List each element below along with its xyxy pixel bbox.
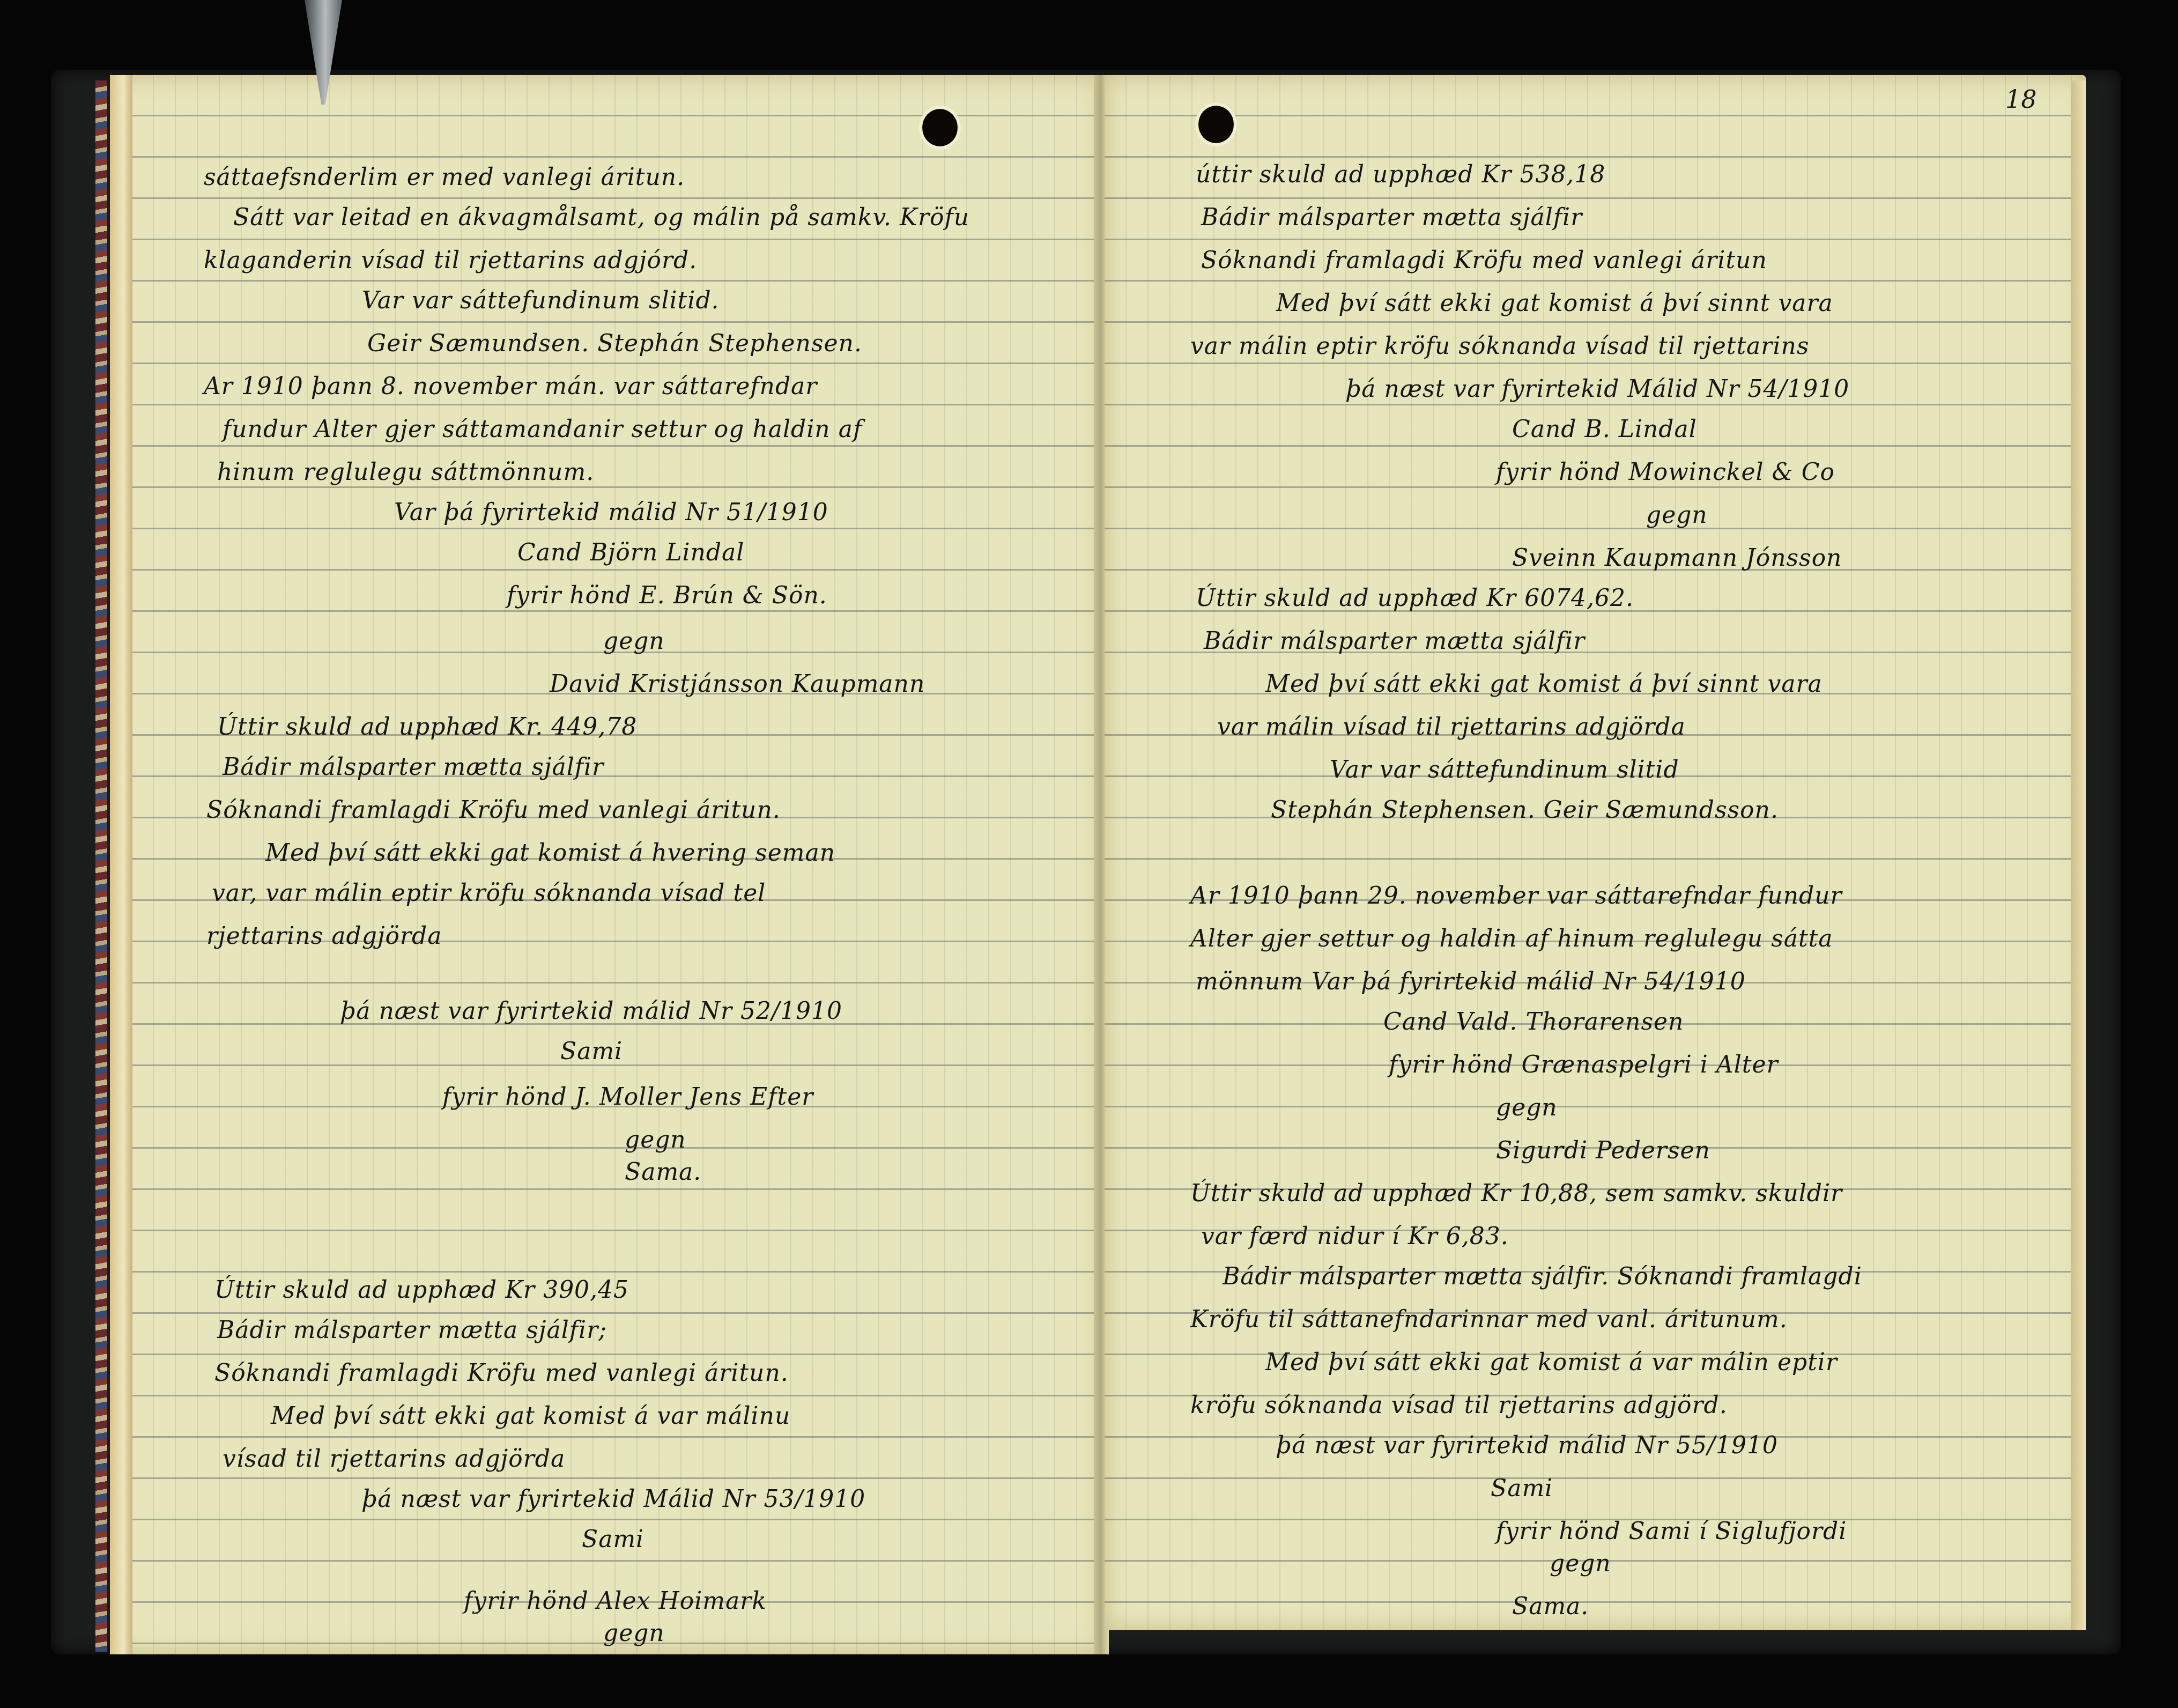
handwritten-line: Stephán Stephensen. Geir Sæmundsson.	[1271, 796, 1779, 824]
handwritten-line: Kröfu til sáttanefndarinnar med vanl. ár…	[1190, 1306, 1788, 1333]
handwritten-line: David Kristjánsson Kaupmann	[550, 670, 925, 698]
punch-hole	[922, 109, 958, 146]
handwritten-line: var málin eptir kröfu sóknanda vísad til…	[1190, 332, 1809, 360]
handwritten-line: Ar 1910 þann 8. november mán. var sáttar…	[204, 373, 817, 400]
left-page: sáttaefsnderlim er med vanlegi áritun.Sá…	[110, 75, 1102, 1654]
handwritten-line: Sigurdi Pedersen	[1496, 1137, 1710, 1164]
handwritten-line: fyrir hönd Grænaspelgri i Alter	[1389, 1051, 1778, 1078]
marbled-page-edge	[95, 80, 107, 1652]
handwritten-line: Var var sáttefundinum slitid	[1330, 756, 1679, 783]
page-number: 18	[2005, 85, 2037, 114]
left-page-stack-edge	[110, 75, 132, 1654]
handwritten-line: úttir skuld ad upphæd Kr 538,18	[1196, 161, 1605, 188]
handwritten-line: Var þá fyrirtekid málid Nr 51/1910	[394, 499, 828, 526]
handwritten-line: Úttir skuld ad upphæd Kr 390,45	[214, 1276, 629, 1304]
handwritten-line: Bádir málsparter mætta sjálfir;	[217, 1317, 607, 1344]
handwritten-line: Med því sátt ekki gat komist á því sinnt…	[1265, 670, 1823, 698]
handwritten-line: Cand B. Lindal	[1512, 416, 1697, 443]
handwritten-line: Bádir málsparter mætta sjálfir	[1204, 627, 1585, 655]
handwritten-line: gegn	[1646, 501, 1708, 529]
punch-hole	[1198, 106, 1234, 143]
handwritten-line: Cand Vald. Thorarensen	[1383, 1008, 1684, 1036]
handwritten-line: gegn	[1496, 1094, 1558, 1121]
handwritten-line: fyrir hönd Sami í Siglufjordi	[1496, 1518, 1847, 1545]
handwritten-line: Ar 1910 þann 29. november var sáttarefnd…	[1190, 882, 1842, 910]
handwritten-line: Sami	[1491, 1475, 1553, 1502]
handwritten-line: Var var sáttefundinum slitid.	[362, 287, 720, 314]
left-page-text: sáttaefsnderlim er med vanlegi áritun.Sá…	[110, 75, 1102, 1654]
handwritten-line: Sama.	[625, 1158, 701, 1186]
handwritten-line: var, var málin eptir kröfu sóknanda vísa…	[212, 879, 766, 907]
handwritten-line: Med því sátt ekki gat komist á var málin…	[1265, 1349, 1838, 1376]
handwritten-line: sáttaefsnderlim er med vanlegi áritun.	[204, 164, 685, 191]
handwritten-line: gegn	[1550, 1550, 1611, 1577]
handwritten-line: kröfu sóknanda vísad til rjettarins adgj…	[1190, 1392, 1728, 1419]
handwritten-line: hinum reglulegu sáttmönnum.	[217, 459, 594, 486]
right-page-stack-edge	[2071, 80, 2086, 1630]
handwritten-line: klaganderin vísad til rjettarins adgjórd…	[204, 247, 697, 274]
right-page: úttir skuld ad upphæd Kr 538,18Bádir mál…	[1105, 75, 2086, 1630]
handwritten-line: þá næst var fyrirtekid málid Nr 55/1910	[1276, 1432, 1778, 1459]
handwritten-line: Bádir málsparter mætta sjálfir. Sóknandi…	[1223, 1263, 1862, 1290]
handwritten-line: Sóknandi framlagdi Kröfu med vanlegi ári…	[1201, 247, 1767, 274]
right-page-text: úttir skuld ad upphæd Kr 538,18Bádir mál…	[1105, 75, 2086, 1630]
handwritten-line: Sóknandi framlagdi Kröfu med vanlegi ári…	[214, 1359, 789, 1387]
handwritten-line: fyrir hönd J. Moller Jens Efter	[442, 1083, 813, 1111]
handwritten-line: fyrir hönd Mowinckel & Co	[1496, 459, 1835, 486]
handwritten-line: Sóknandi framlagdi Kröfu med vanlegi ári…	[206, 796, 781, 824]
handwritten-line: Sátt var leitad en ákvagmålsamt, og máli…	[233, 204, 969, 231]
handwritten-line: gegn	[603, 627, 665, 655]
handwritten-line: þá næst var fyrirtekid Málid Nr 54/1910	[1346, 375, 1849, 403]
handwritten-line: vísad til rjettarins adgjörda	[223, 1445, 565, 1473]
handwritten-line: gegn	[603, 1620, 665, 1647]
handwritten-line: Sami	[582, 1526, 644, 1553]
handwritten-line: Bádir málsparter mætta sjálfir	[223, 753, 604, 781]
handwritten-line: Bádir málsparter mætta sjálfir	[1201, 204, 1582, 231]
handwritten-line: fundur Alter gjer sáttamandanir settur o…	[223, 416, 862, 443]
handwritten-line: rjettarins adgjörda	[206, 922, 442, 950]
handwritten-line: þá næst var fyrirtekid Málid Nr 53/1910	[362, 1485, 865, 1513]
handwritten-line: fyrir hönd E. Brún & Sön.	[507, 582, 827, 609]
handwritten-line: Sveinn Kaupmann Jónsson	[1512, 544, 1842, 572]
handwritten-line: Úttir skuld ad upphæd Kr 6074,62.	[1196, 585, 1634, 612]
handwritten-line: þá næst var fyrirtekid málid Nr 52/1910	[340, 997, 842, 1025]
handwritten-line: Alter gjer settur og haldin af hinum reg…	[1190, 925, 1833, 952]
handwritten-line: Med því sátt ekki gat komist á var málin…	[271, 1402, 790, 1430]
handwritten-line: mönnum Var þá fyrirtekid málid Nr 54/191…	[1196, 968, 1746, 995]
handwritten-line: fyrir hönd Alex Hoimark	[464, 1587, 767, 1615]
handwritten-line: Med því sátt ekki gat komist á því sinnt…	[1276, 290, 1833, 317]
handwritten-line: Sama.	[1512, 1593, 1589, 1620]
handwritten-line: Sami	[560, 1038, 623, 1065]
handwritten-line: gegn	[625, 1126, 686, 1154]
handwritten-line: var færd nidur í Kr 6,83.	[1201, 1223, 1509, 1250]
handwritten-line: Úttir skuld ad upphæd Kr 10,88, sem samk…	[1190, 1180, 1842, 1207]
handwritten-line: Geir Sæmundsen. Stephán Stephensen.	[367, 330, 862, 357]
handwritten-line: Úttir skuld ad upphæd Kr. 449,78	[217, 713, 637, 741]
handwritten-line: Med því sátt ekki gat komist á hvering s…	[265, 839, 835, 867]
handwritten-line: Cand Björn Lindal	[517, 539, 744, 566]
handwritten-line: var málin vísad til rjettarins adgjörda	[1217, 713, 1686, 741]
